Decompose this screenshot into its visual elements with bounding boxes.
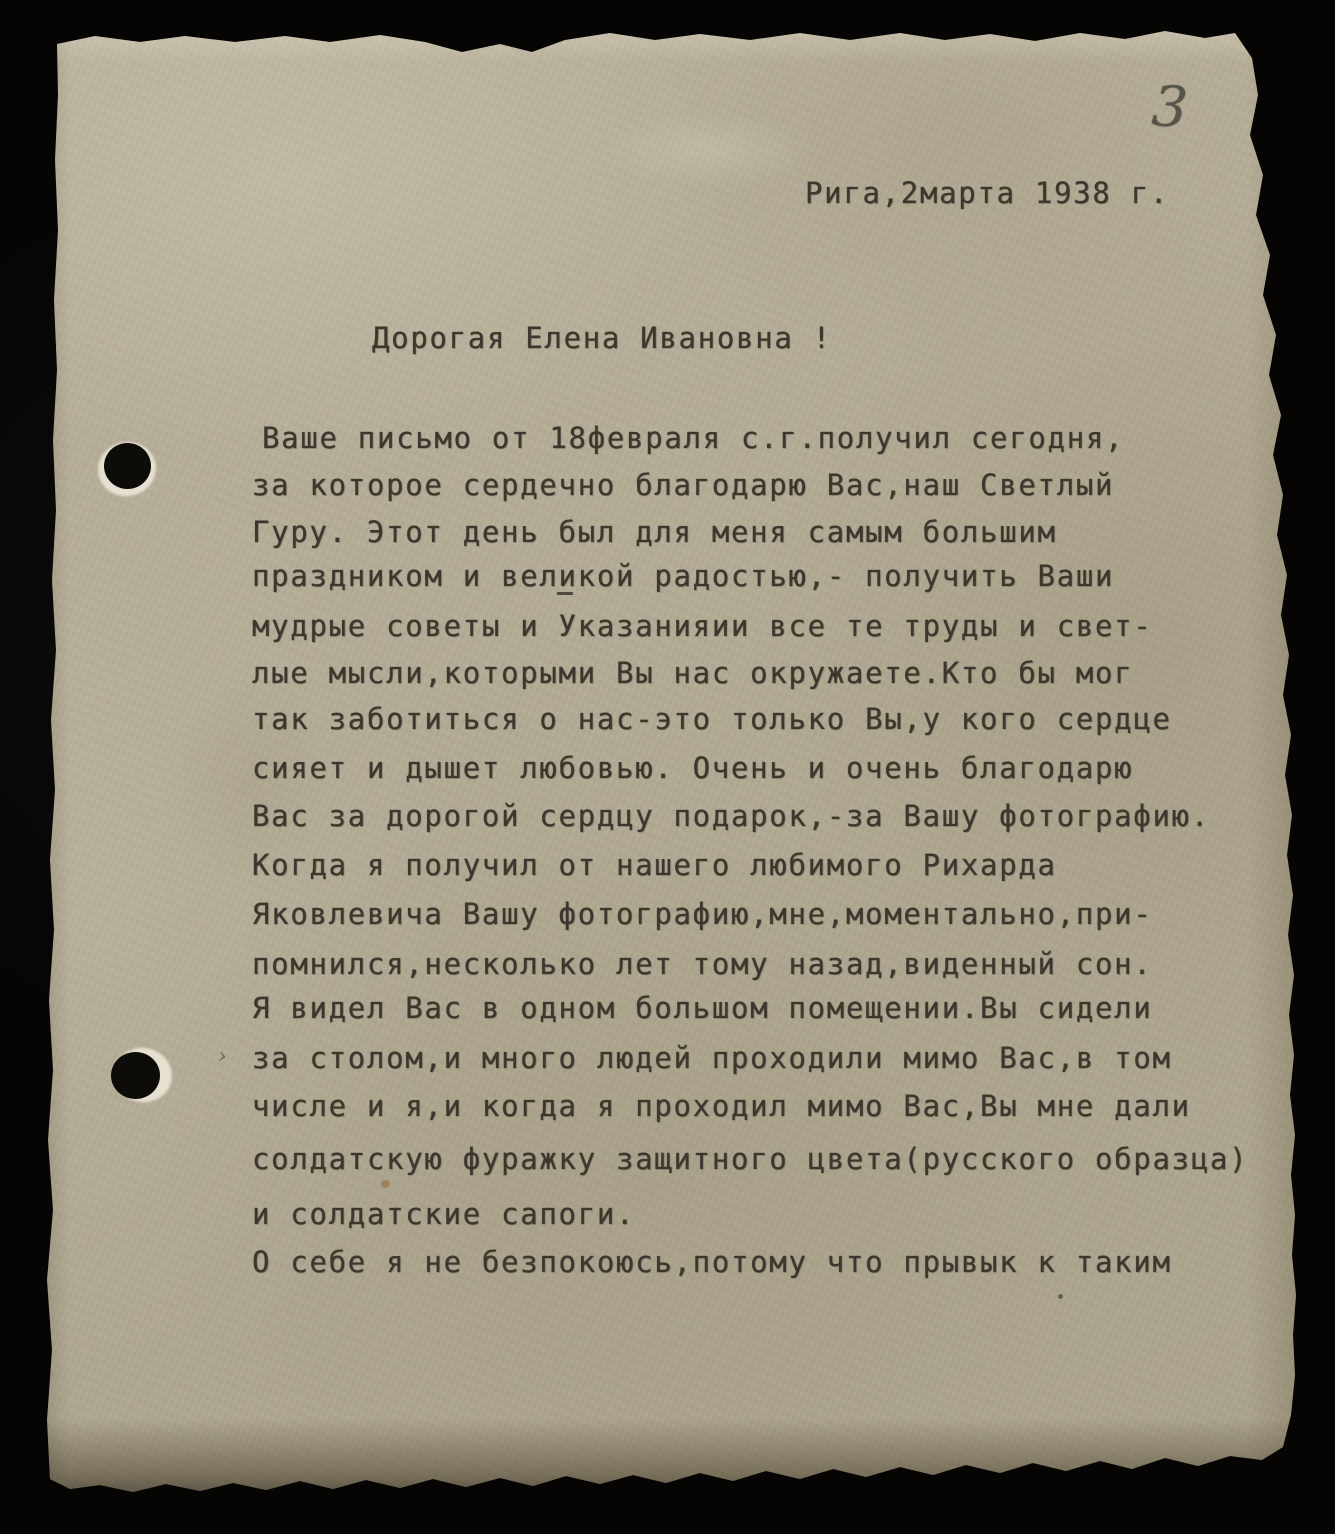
punch-hole-bottom	[106, 1046, 172, 1108]
letter-page: 3 Рига,2марта 1938 г. Дорогая Елена Иван…	[0, 0, 1335, 1534]
torn-edge-shadow-right	[1247, 40, 1317, 1470]
body-line: помнился,несколько лет тому назад,виденн…	[252, 950, 1153, 979]
body-line: Вас за дорогой сердцу подарок,-за Вашу ф…	[252, 802, 1210, 831]
dateline: Рига,2марта 1938 г.	[805, 179, 1169, 208]
body-line: и солдатские сапоги.	[252, 1200, 635, 1229]
body-line: Ваше письмо от 18февраля с.г.получил сег…	[262, 424, 1124, 453]
body-line: Яковлевича Вашу фотографию,мне,моменталь…	[252, 900, 1153, 929]
paper-speck	[381, 1180, 390, 1188]
torn-edge-shadow-bottom	[40, 1418, 1300, 1498]
scan-background: 3 Рига,2марта 1938 г. Дорогая Елена Иван…	[0, 0, 1335, 1534]
handwritten-page-number: 3	[1150, 74, 1214, 143]
body-line: так заботиться о нас-это только Вы,у ког…	[252, 705, 1172, 734]
torn-edge-highlight-top	[40, 28, 1280, 62]
punch-hole-opening	[111, 1052, 160, 1099]
body-line: лые мысли,которыми Вы нас окружаете.Кто …	[252, 659, 1133, 688]
salutation: Дорогая Елена Ивановна !	[372, 324, 832, 353]
body-line: О себе я не безпокоюсь,потому что прывык…	[252, 1248, 1172, 1277]
typed-dash-underline	[557, 592, 573, 595]
punch-hole-top	[98, 438, 162, 498]
pencil-tick-mark: ›	[216, 1044, 228, 1070]
body-line: Когда я получил от нашего любимого Рихар…	[252, 851, 1057, 880]
body-line: числе и я,и когда я проходил мимо Вас,Вы…	[252, 1092, 1191, 1121]
punch-hole-opening	[104, 443, 151, 489]
edge-shadow-left	[44, 40, 70, 1480]
body-line: за столом,и много людей проходили мимо В…	[252, 1044, 1172, 1073]
body-line: за которое сердечно благодарю Вас,наш Св…	[252, 471, 1114, 500]
body-line: мудрые советы и Указанияии все те труды …	[252, 612, 1153, 641]
body-line: Гуру. Этот день был для меня самым больш…	[252, 518, 1057, 547]
body-line: Я видел Вас в одном большом помещении.Вы…	[252, 994, 1153, 1023]
paper-speck	[1058, 1294, 1063, 1299]
body-line: праздником и великой радостью,- получить…	[252, 562, 1114, 591]
body-line: сияет и дышет любовью. Очень и очень бла…	[252, 754, 1133, 783]
body-line: солдатскую фуражку защитного цвета(русск…	[252, 1145, 1248, 1174]
